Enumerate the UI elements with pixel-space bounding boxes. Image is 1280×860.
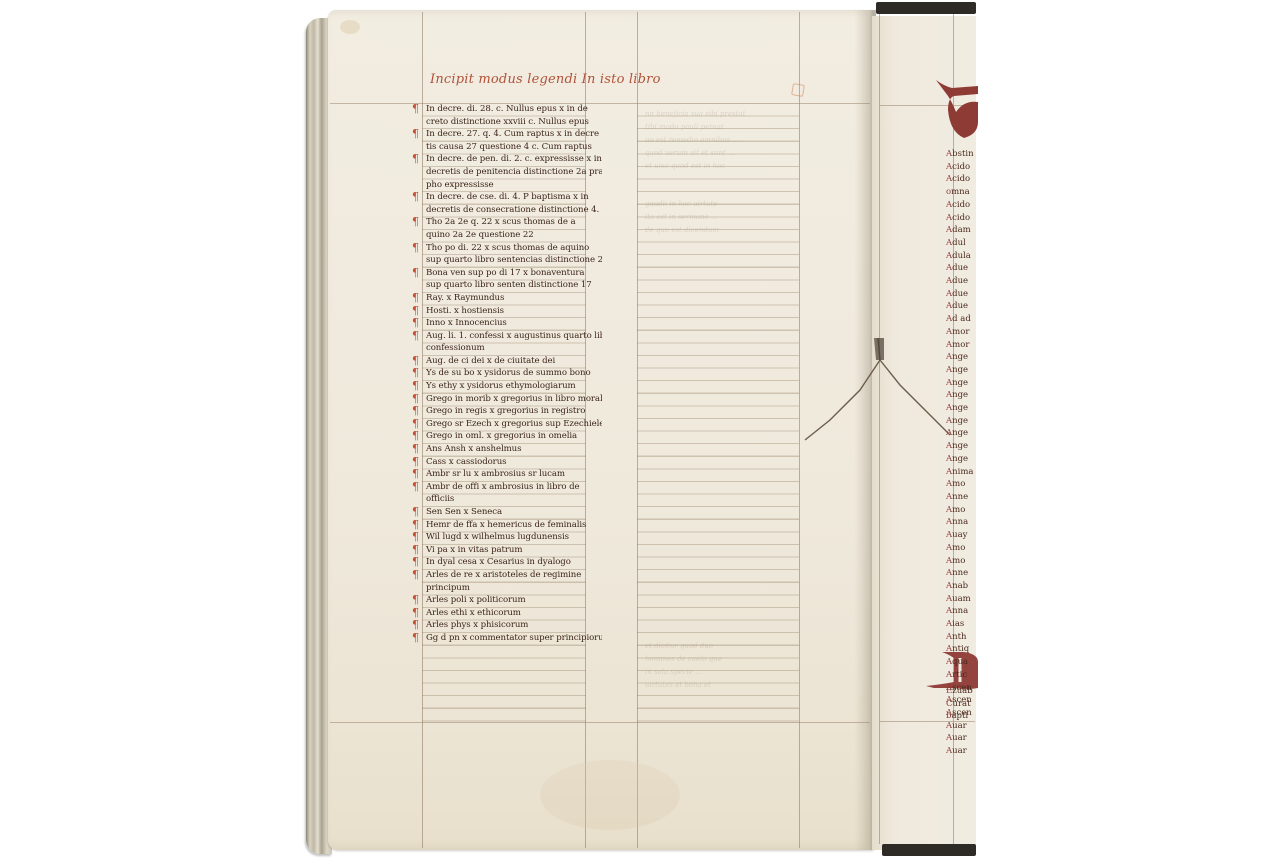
margin-mark (791, 83, 805, 97)
page-tear (800, 330, 960, 450)
entry-line: Gg d pn x commentator super principiorum (426, 632, 602, 645)
entry-line: In dyal cesa x Cesarius in dyalogo (426, 556, 602, 569)
entry-line: Arles ethi x ethicorum (426, 607, 602, 620)
index-term: Ange (946, 453, 978, 466)
paragraph-mark-icon: ¶ (412, 216, 419, 229)
entry-line: Ray. x Raymundus (426, 292, 602, 305)
index-term: Amo (946, 555, 978, 568)
abbreviation-entry: ¶Arles ethi x ethicorum (412, 607, 602, 620)
abbreviation-entry: ¶Aug. li. 1. confessi x augustinus quart… (412, 330, 602, 355)
abbreviation-entry: ¶Grego in regis x gregorius in registro (412, 405, 602, 418)
index-term: Amo (946, 542, 978, 555)
index-term: Acido (946, 199, 978, 212)
index-term: Anna (946, 605, 978, 618)
index-term: Anne (946, 491, 978, 504)
index-term: Amo (946, 504, 978, 517)
index-term: Abstin (946, 148, 978, 161)
decorated-initial-t (934, 72, 978, 144)
entry-line: decretis de consecratione distinctione 4… (426, 204, 602, 217)
entry-line: Aug. li. 1. confessi x augustinus quarto… (426, 330, 602, 343)
paragraph-mark-icon: ¶ (412, 153, 419, 166)
index-term: Ange (946, 364, 978, 377)
entry-line: Bona ven sup po di 17 x bonaventura (426, 267, 602, 280)
index-term: omna (946, 186, 978, 199)
index-term: Auam (946, 593, 978, 606)
abbreviation-entry: ¶Grego sr Ezech x gregorius sup Ezechiel… (412, 418, 602, 431)
entry-line: Grego in morib x gregorius in libro mora… (426, 393, 602, 406)
index-term: Anth (946, 631, 978, 644)
paragraph-mark-icon: ¶ (412, 242, 419, 255)
index-term: Aqua (946, 656, 978, 669)
index-term: Ezuab (946, 685, 978, 698)
abbreviation-entry: ¶In decre. de cse. di. 4. P baptisma x i… (412, 191, 602, 216)
abbreviation-entry: ¶Cass x cassiodorus (412, 456, 602, 469)
ruling-line-horizontal (330, 722, 870, 723)
abbreviation-entry: ¶Tho po di. 22 x scus thomas de aquinosu… (412, 242, 602, 267)
abbreviation-entry: ¶Ambr de offi x ambrosius in libro deoff… (412, 481, 602, 506)
index-column-continued: EzuabCuratbapti (946, 685, 978, 723)
index-term: Auar (946, 745, 978, 758)
entry-line: Ambr sr lu x ambrosius sr lucam (426, 468, 602, 481)
entry-line: Aug. de ci dei x de ciuitate dei (426, 355, 602, 368)
entry-line: Arles phys x phisicorum (426, 619, 602, 632)
index-term: Amor (946, 339, 978, 352)
entry-line: Wil lugd x wilhelmus lugdunensis (426, 531, 602, 544)
index-term: Anab (946, 580, 978, 593)
abbreviation-entry: ¶Grego in morib x gregorius in libro mor… (412, 393, 602, 406)
paragraph-mark-icon: ¶ (412, 267, 419, 280)
entry-line: Arles de re x aristoteles de regimine (426, 569, 602, 582)
index-term: Ange (946, 440, 978, 453)
abbreviation-entry: ¶Tho 2a 2e q. 22 x scus thomas de aquino… (412, 216, 602, 241)
parchment-stain (340, 20, 360, 34)
entry-line: Ys de su bo x ysidorus de summo bono (426, 367, 602, 380)
abbreviation-entry: ¶Vi pa x in vitas patrum (412, 544, 602, 557)
paragraph-mark-icon: ¶ (412, 506, 419, 519)
entry-line: Tho po di. 22 x scus thomas de aquino (426, 242, 602, 255)
abbreviation-entry: ¶Bona ven sup po di 17 x bonaventurasup … (412, 267, 602, 292)
paragraph-mark-icon: ¶ (412, 481, 419, 494)
entry-line: Hemr de ffa x hemericus de feminalis (426, 519, 602, 532)
rubric-heading: Incipit modus legendi In isto libro (430, 72, 661, 87)
entry-line: creto distinctione xxviii c. Nullus epus (426, 116, 602, 129)
entry-line: confessionum (426, 342, 602, 355)
paragraph-mark-icon: ¶ (412, 632, 419, 645)
abbreviation-entry: ¶Hosti. x hostiensis (412, 305, 602, 318)
abbreviation-entry: ¶Ans Ansh x anshelmus (412, 443, 602, 456)
paragraph-mark-icon: ¶ (412, 103, 419, 116)
index-term: Anna (946, 516, 978, 529)
entry-line: Inno x Innocencius (426, 317, 602, 330)
entry-line: sup quarto libro sentencias distinctione… (426, 254, 602, 267)
entry-line: tis causa 27 questione 4 c. Cum raptus (426, 141, 602, 154)
index-term: Auar (946, 732, 978, 745)
index-term: Ange (946, 377, 978, 390)
entry-line: sup quarto libro senten distinctione 17 (426, 279, 602, 292)
index-term: Adue (946, 275, 978, 288)
entry-line: In decre. de pen. di. 2. c. expressisse … (426, 153, 602, 166)
index-term: Aias (946, 618, 978, 631)
index-term: Ad ad (946, 313, 978, 326)
entry-line: Ys ethy x ysidorus ethymologiarum (426, 380, 602, 393)
abbreviation-entry: ¶Ambr sr lu x ambrosius sr lucam (412, 468, 602, 481)
paragraph-mark-icon: ¶ (412, 380, 419, 393)
entry-line: decretis de penitencia distinctione 2a p… (426, 166, 602, 179)
abbreviation-entry: ¶Arles poli x politicorum (412, 594, 602, 607)
binding-cover-bottom (882, 844, 976, 856)
paragraph-mark-icon: ¶ (412, 292, 419, 305)
abbreviation-entry: ¶In decre. 27. q. 4. Cum raptus x in dec… (412, 128, 602, 153)
entry-line: Grego sr Ezech x gregorius sup Ezechiele… (426, 418, 602, 431)
index-term: Ange (946, 402, 978, 415)
entry-line: pho expressisse (426, 179, 602, 192)
entry-line: In decre. de cse. di. 4. P baptisma x in (426, 191, 602, 204)
abbreviation-entry: ¶Hemr de ffa x hemericus de feminalis (412, 519, 602, 532)
index-term: Amor (946, 326, 978, 339)
abbreviation-entry: ¶Sen Sen x Seneca (412, 506, 602, 519)
index-term: Acido (946, 173, 978, 186)
abbreviation-entry: ¶In decre. di. 28. c. Nullus epus x in d… (412, 103, 602, 128)
binding-cover-top (876, 2, 976, 14)
paragraph-mark-icon: ¶ (412, 569, 419, 582)
paragraph-mark-icon: ¶ (412, 330, 419, 343)
entry-line: quino 2a 2e questione 22 (426, 229, 602, 242)
index-term: Adul (946, 237, 978, 250)
entry-line: In decre. di. 28. c. Nullus epus x in de (426, 103, 602, 116)
paragraph-mark-icon: ¶ (412, 531, 419, 544)
index-term: Curat (946, 698, 978, 711)
entry-line: officiis (426, 493, 602, 506)
paragraph-mark-icon: ¶ (412, 128, 419, 141)
entry-line: Arles poli x politicorum (426, 594, 602, 607)
entry-line: Ambr de offi x ambrosius in libro de (426, 481, 602, 494)
abbreviation-entry: ¶In decre. de pen. di. 2. c. expressisse… (412, 153, 602, 191)
index-term: Adula (946, 250, 978, 263)
paragraph-mark-icon: ¶ (412, 468, 419, 481)
index-term: bapti (946, 710, 978, 723)
index-term: Adue (946, 288, 978, 301)
index-term: Ange (946, 427, 978, 440)
abbreviation-entry: ¶Ys de su bo x ysidorus de summo bono (412, 367, 602, 380)
index-term: Auay (946, 529, 978, 542)
entry-line: Tho 2a 2e q. 22 x scus thomas de a (426, 216, 602, 229)
index-term: Adam (946, 224, 978, 237)
abbreviation-entry: ¶Wil lugd x wilhelmus lugdunensis (412, 531, 602, 544)
paragraph-mark-icon: ¶ (412, 594, 419, 607)
entry-line: Vi pa x in vitas patrum (426, 544, 602, 557)
index-term: Ange (946, 415, 978, 428)
entry-line: Hosti. x hostiensis (426, 305, 602, 318)
index-term: Ange (946, 351, 978, 364)
paragraph-mark-icon: ¶ (412, 405, 419, 418)
entry-line: Grego in oml. x gregorius in omelia (426, 430, 602, 443)
ruled-text-column-right (637, 104, 799, 722)
abbreviation-entry: ¶Gg d pn x commentator super principioru… (412, 632, 602, 645)
index-term: Ange (946, 389, 978, 402)
abbreviation-entry: ¶Arles de re x aristoteles de regiminepr… (412, 569, 602, 594)
abbreviation-entry: ¶Aug. de ci dei x de ciuitate dei (412, 355, 602, 368)
abbreviation-entry: ¶Arles phys x phisicorum (412, 619, 602, 632)
entry-line: Ans Ansh x anshelmus (426, 443, 602, 456)
index-term: Artic (946, 669, 978, 682)
index-term: Anima (946, 466, 978, 479)
entry-line: Cass x cassiodorus (426, 456, 602, 469)
paragraph-mark-icon: ¶ (412, 317, 419, 330)
paragraph-mark-icon: ¶ (412, 443, 419, 456)
abbreviation-entry: ¶Inno x Innocencius (412, 317, 602, 330)
abbreviation-list: ¶In decre. di. 28. c. Nullus epus x in d… (412, 103, 602, 645)
index-term: Antiq (946, 643, 978, 656)
paragraph-mark-icon: ¶ (412, 191, 419, 204)
index-term: Adue (946, 262, 978, 275)
index-term: Adue (946, 300, 978, 313)
entry-line: In decre. 27. q. 4. Cum raptus x in decr… (426, 128, 602, 141)
abbreviation-entry: ¶In dyal cesa x Cesarius in dyalogo (412, 556, 602, 569)
index-column: AbstinAcidoAcidoomnaAcidoAcidoAdamAdulAd… (946, 148, 978, 758)
index-term: Amo (946, 478, 978, 491)
entry-line: Sen Sen x Seneca (426, 506, 602, 519)
abbreviation-entry: ¶Ys ethy x ysidorus ethymologiarum (412, 380, 602, 393)
index-term: Acido (946, 212, 978, 225)
index-term: Anne (946, 567, 978, 580)
entry-line: principum (426, 582, 602, 595)
abbreviation-entry: ¶Grego in oml. x gregorius in omelia (412, 430, 602, 443)
entry-line: Grego in regis x gregorius in registro (426, 405, 602, 418)
parchment-stain (540, 760, 680, 830)
index-term: Acido (946, 161, 978, 174)
abbreviation-entry: ¶Ray. x Raymundus (412, 292, 602, 305)
